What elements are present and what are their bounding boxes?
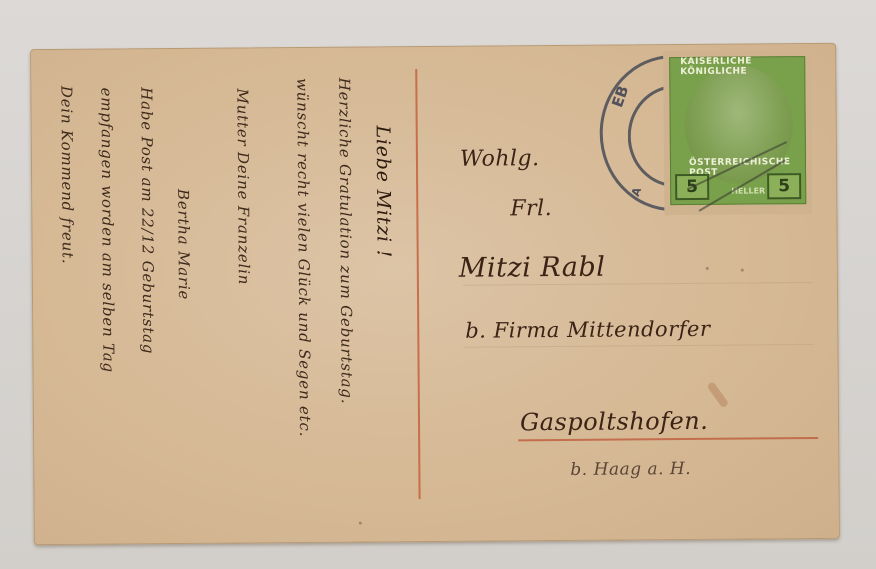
address-guide-line [463, 344, 813, 348]
message-line: wünscht recht vielen Glück und Segen etc… [293, 78, 314, 437]
message-line: empfangen worden am selben Tag [97, 88, 117, 373]
message-greeting: Liebe Mitzi ! [372, 125, 395, 258]
message-signature: Bertha Marie [174, 189, 193, 300]
ink-speck [359, 522, 362, 525]
stamp-top-text: KAISERLICHE KÖNIGLICHE [680, 56, 804, 77]
message-line: Mutter Deine Franzelin [233, 88, 253, 285]
address-name: Mitzi Rabl [459, 252, 606, 284]
message-line: Herzliche Gratulation zum Geburtstag. [335, 78, 356, 405]
message-line: Dein Kommend freut. [57, 86, 76, 265]
address-title: Frl. [510, 196, 552, 221]
address-salutation: Wohlg. [460, 146, 540, 172]
stamp-value-right: 5 [767, 173, 801, 199]
stain-mark [706, 381, 729, 408]
address-district: b. Haag a. H. [570, 459, 691, 480]
town-underline [518, 437, 818, 441]
ink-speck [706, 267, 709, 270]
address-company: b. Firma Mittendorfer [465, 317, 710, 343]
postcard: Liebe Mitzi ! Herzliche Gratulation zum … [30, 43, 840, 545]
message-area: Liebe Mitzi ! Herzliche Gratulation zum … [31, 44, 835, 50]
message-line: Habe Post am 22/12 Geburtstag [137, 87, 157, 354]
address-town: Gaspoltshofen. [520, 407, 709, 436]
postage-stamp: KAISERLICHE KÖNIGLICHE ÖSTERREICHISCHE P… [663, 50, 812, 215]
stamp-frame: KAISERLICHE KÖNIGLICHE ÖSTERREICHISCHE P… [669, 56, 806, 205]
divider-line [415, 69, 420, 499]
ink-speck [741, 269, 744, 272]
